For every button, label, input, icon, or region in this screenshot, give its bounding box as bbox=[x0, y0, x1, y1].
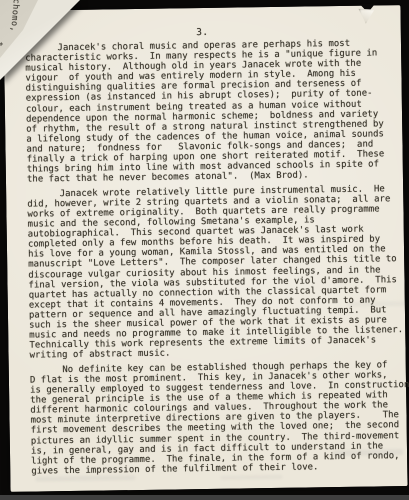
scrap-text-fragment: chomo, bbox=[8, 0, 21, 33]
page-text: Janacek's choral music and operas are pe… bbox=[25, 38, 403, 481]
ink-bleed-smudge bbox=[348, 301, 406, 307]
paragraph: No definite key can be established thoug… bbox=[30, 360, 404, 477]
overlapping-page-corner: chomo, t t bbox=[0, 0, 110, 92]
folded-corner-flap bbox=[357, 8, 374, 23]
ink-bleed-smudge bbox=[220, 475, 282, 480]
paragraph: Janacek wrote relatively little pure ins… bbox=[27, 184, 402, 361]
scan-edge-strip bbox=[0, 495, 409, 500]
ink-bleed-smudge bbox=[333, 449, 403, 456]
photo-background: 3. Janacek's choral music and operas are… bbox=[0, 0, 409, 500]
ink-bleed-smudge bbox=[35, 475, 135, 481]
scrap-text-fragment: t bbox=[0, 41, 4, 47]
